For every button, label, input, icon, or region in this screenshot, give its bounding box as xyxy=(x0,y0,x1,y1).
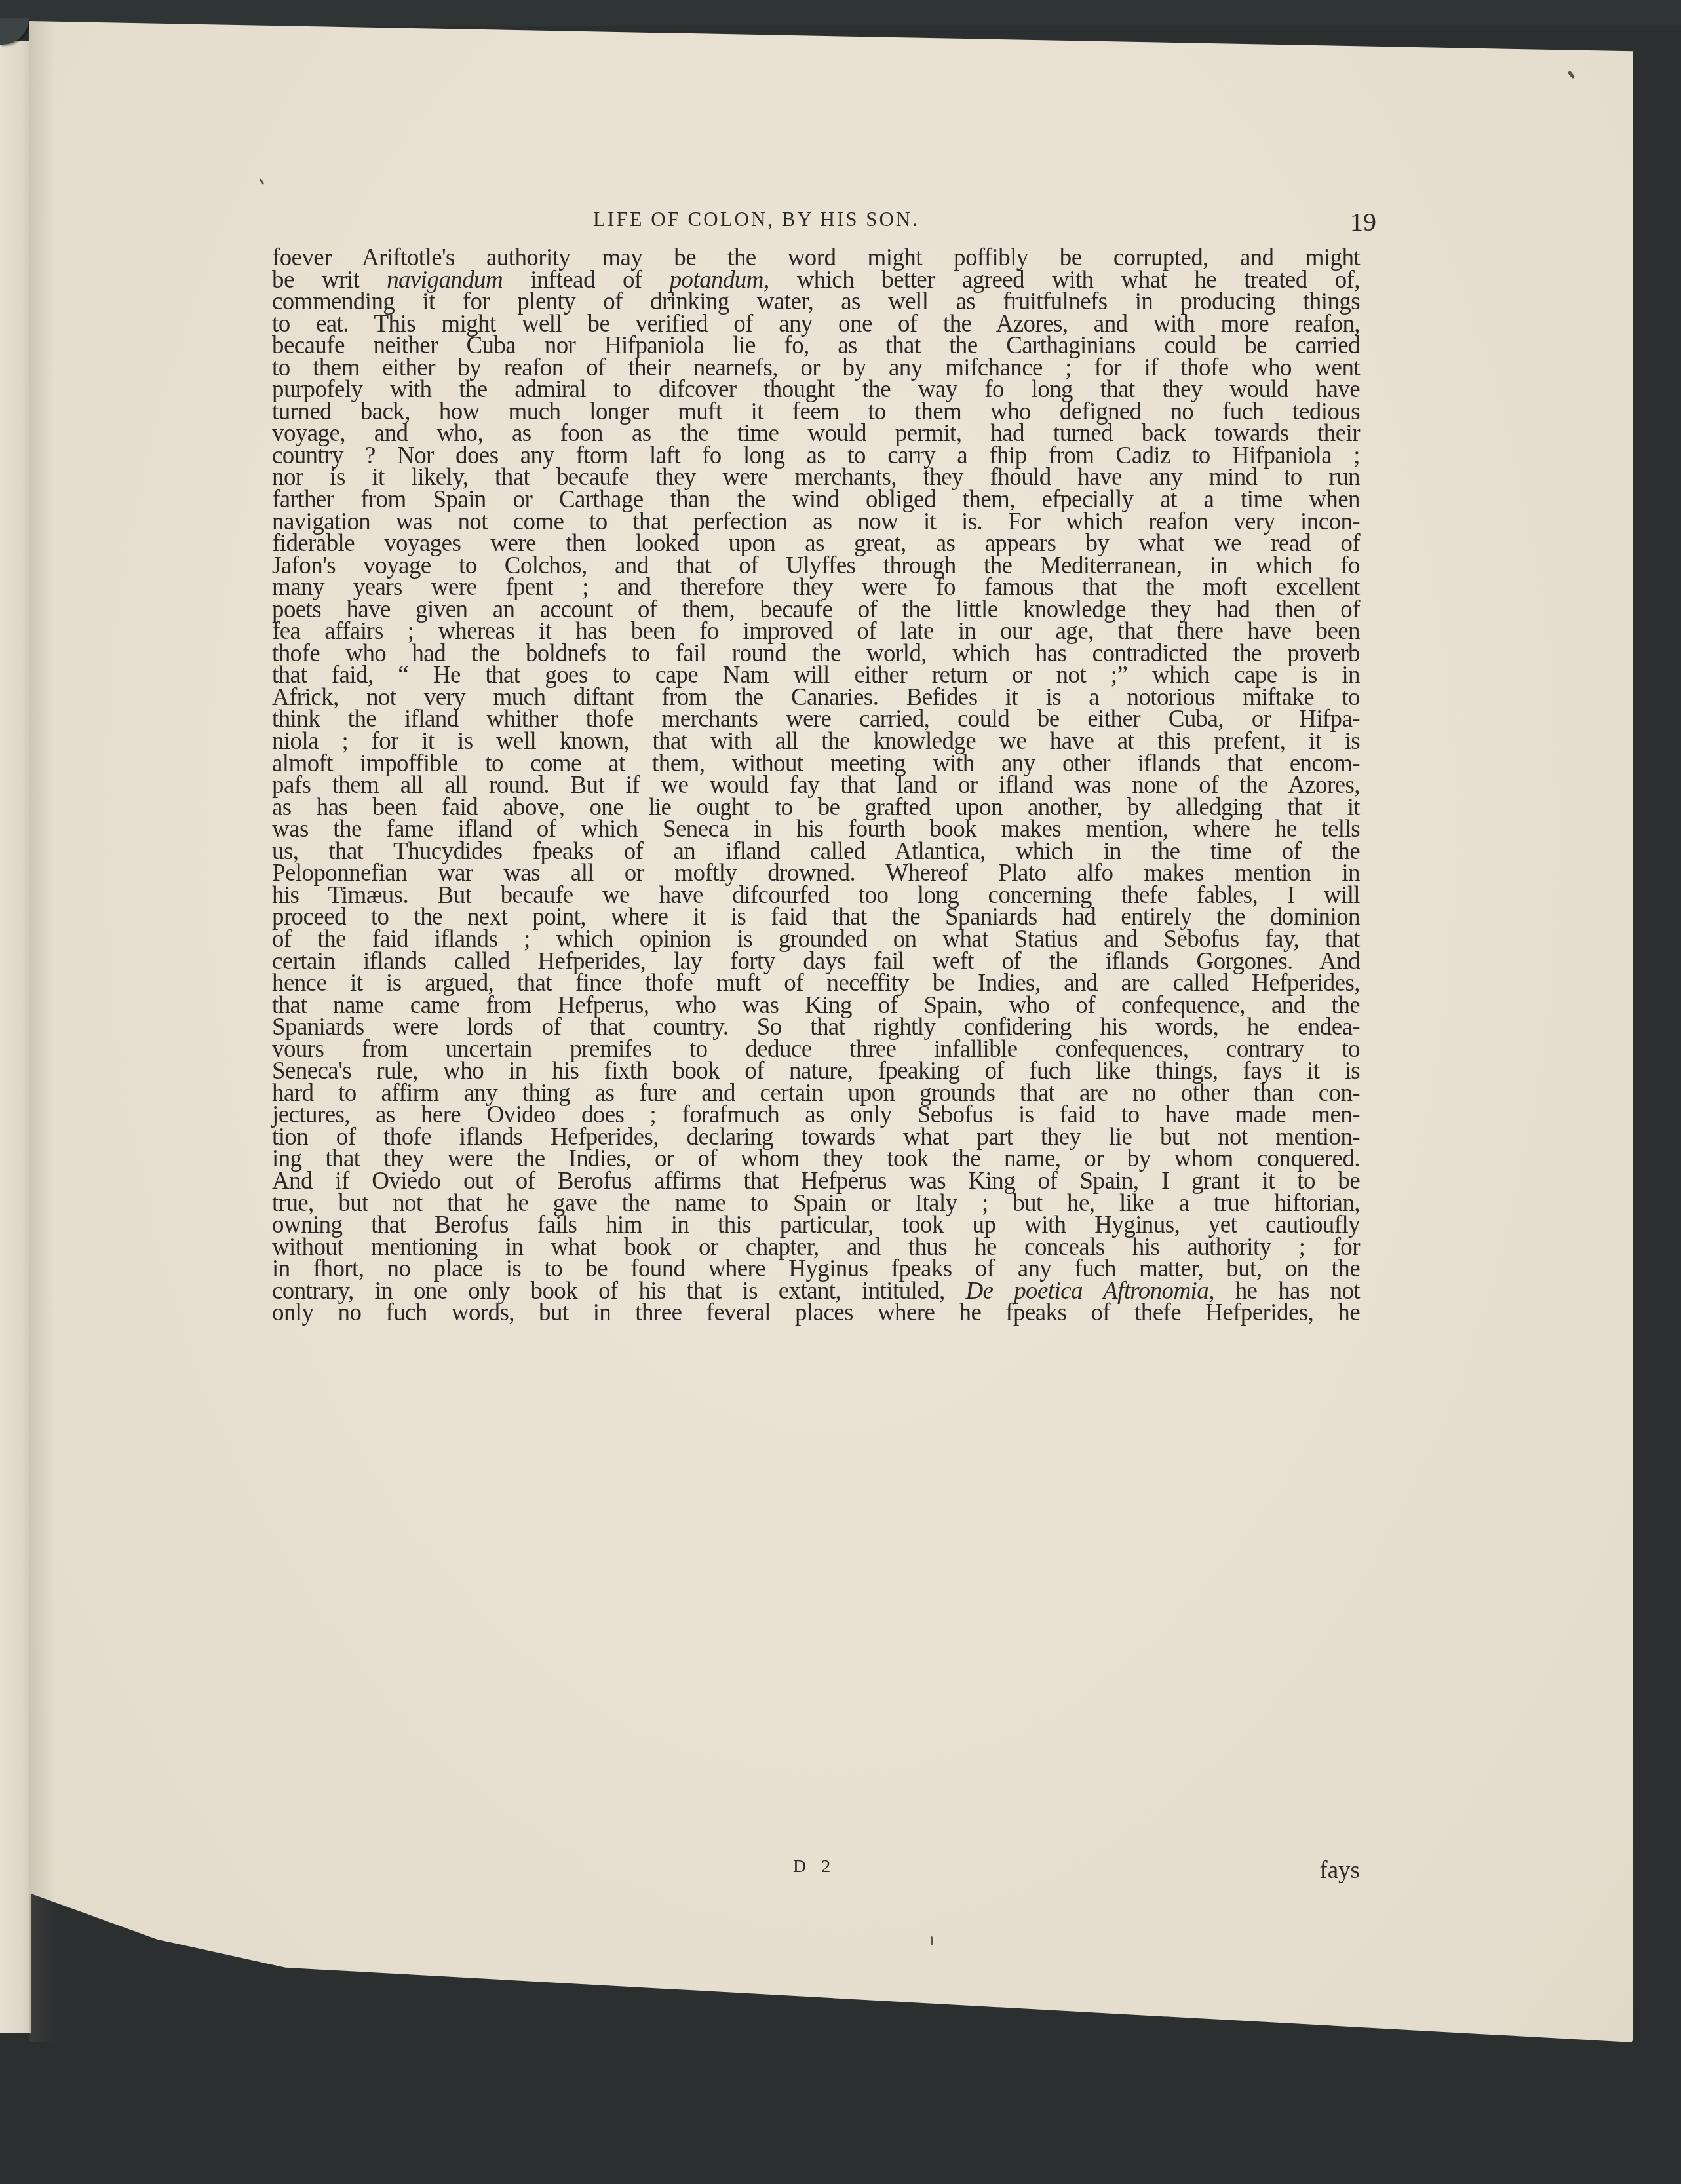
body-text: foever Ariftotle's authority may be the … xyxy=(272,247,1360,1324)
text-line: of the faid iflands ; which opinion is g… xyxy=(272,929,1360,951)
text-line: in fhort, no place is to be found where … xyxy=(272,1258,1360,1280)
text-line: navigation was not come to that perfecti… xyxy=(272,511,1360,533)
text-line: ing that they were the Indies, or of who… xyxy=(272,1148,1360,1170)
page-footer: D 2 fays xyxy=(272,1856,1360,1885)
text-line: Seneca's rule, who in his fixth book of … xyxy=(272,1060,1360,1082)
text-segment: only no fuch words, but in three feveral… xyxy=(272,1299,1360,1326)
text-line: country ? Nor does any ftorm laft fo lon… xyxy=(272,445,1360,467)
text-line: think the ifland whither thofe merchants… xyxy=(272,708,1360,731)
text-line: niola ; for it is well known, that with … xyxy=(272,731,1360,753)
text-line: And if Oviedo out of Berofus affirms tha… xyxy=(272,1170,1360,1193)
page-number: 19 xyxy=(1350,206,1376,237)
text-line: that faid, “ He that goes to cape Nam wi… xyxy=(272,664,1360,687)
text-line: pafs them all all round. But if we would… xyxy=(272,775,1360,797)
catchword: fays xyxy=(1319,1856,1360,1885)
text-line: certain iflands called Hefperides, lay f… xyxy=(272,951,1360,973)
text-line: almoft impoffible to come at them, witho… xyxy=(272,753,1360,775)
text-line: Africk, not very much diftant from the C… xyxy=(272,687,1360,709)
text-line: Spaniards were lords of that country. So… xyxy=(272,1016,1360,1039)
text-line: Peloponnefian war was all or moftly drow… xyxy=(272,862,1360,885)
text-line: as has been faid above, one lie ought to… xyxy=(272,797,1360,819)
text-line: farther from Spain or Carthage than the … xyxy=(272,489,1360,511)
text-line: be writ navigandum inftead of potandum, … xyxy=(272,269,1360,292)
text-line: purpofely with the admiral to difcover t… xyxy=(272,379,1360,401)
text-line: us, that Thucydides fpeaks of an ifland … xyxy=(272,841,1360,863)
text-line: becaufe neither Cuba nor Hifpaniola lie … xyxy=(272,335,1360,357)
running-head-title: LIFE OF COLON, BY HIS SON. xyxy=(593,208,919,231)
text-line: tion of thofe iflands Hefperides, declar… xyxy=(272,1126,1360,1149)
text-line: vours from uncertain premifes to deduce … xyxy=(272,1039,1360,1061)
text-line: turned back, how much longer muft it fee… xyxy=(272,401,1360,423)
text-line: proceed to the next point, where it is f… xyxy=(272,906,1360,929)
text-line: true, but not that he gave the name to S… xyxy=(272,1193,1360,1215)
text-line: jectures, as here Ovideo does ; forafmuc… xyxy=(272,1104,1360,1126)
text-line: that name came from Hefperus, who was Ki… xyxy=(272,995,1360,1017)
text-line: thofe who had the boldnefs to fail round… xyxy=(272,643,1360,665)
text-line: owning that Berofus fails him in this pa… xyxy=(272,1214,1360,1236)
text-line: without mentioning in what book or chapt… xyxy=(272,1236,1360,1259)
text-line: his Timæus. But becaufe we have difcourf… xyxy=(272,885,1360,907)
text-line: nor is it likely, that becaufe they were… xyxy=(272,467,1360,489)
text-line: contrary, in one only book of his that i… xyxy=(272,1280,1360,1303)
gutter-shadow xyxy=(29,21,55,2042)
text-line: to them either by reafon of their nearne… xyxy=(272,357,1360,379)
signature-mark: D 2 xyxy=(793,1856,836,1877)
text-line: fea affairs ; whereas it has been fo imp… xyxy=(272,621,1360,643)
text-line: hard to affirm any thing as fure and cer… xyxy=(272,1082,1360,1105)
book-cover-background xyxy=(0,0,1681,26)
text-line: poets have given an account of them, bec… xyxy=(272,599,1360,621)
running-head: LIFE OF COLON, BY HIS SON. 19 xyxy=(593,208,1376,238)
text-line: voyage, and who, as foon as the time wou… xyxy=(272,423,1360,445)
text-line: was the fame ifland of which Seneca in h… xyxy=(272,818,1360,841)
paper-speck xyxy=(931,1936,933,1945)
text-line: many years were fpent ; and therefore th… xyxy=(272,577,1360,599)
text-line: Jafon's voyage to Colchos, and that of U… xyxy=(272,555,1360,577)
text-line: to eat. This might well be verified of a… xyxy=(272,313,1360,335)
text-line: only no fuch words, but in three feveral… xyxy=(272,1302,1360,1324)
text-line: foever Ariftotle's authority may be the … xyxy=(272,247,1360,269)
text-line: commending it for plenty of drinking wat… xyxy=(272,291,1360,313)
facing-page-edge xyxy=(0,41,31,2033)
text-line: fiderable voyages were then looked upon … xyxy=(272,533,1360,555)
text-line: hence it is argued, that fince thofe muf… xyxy=(272,972,1360,995)
